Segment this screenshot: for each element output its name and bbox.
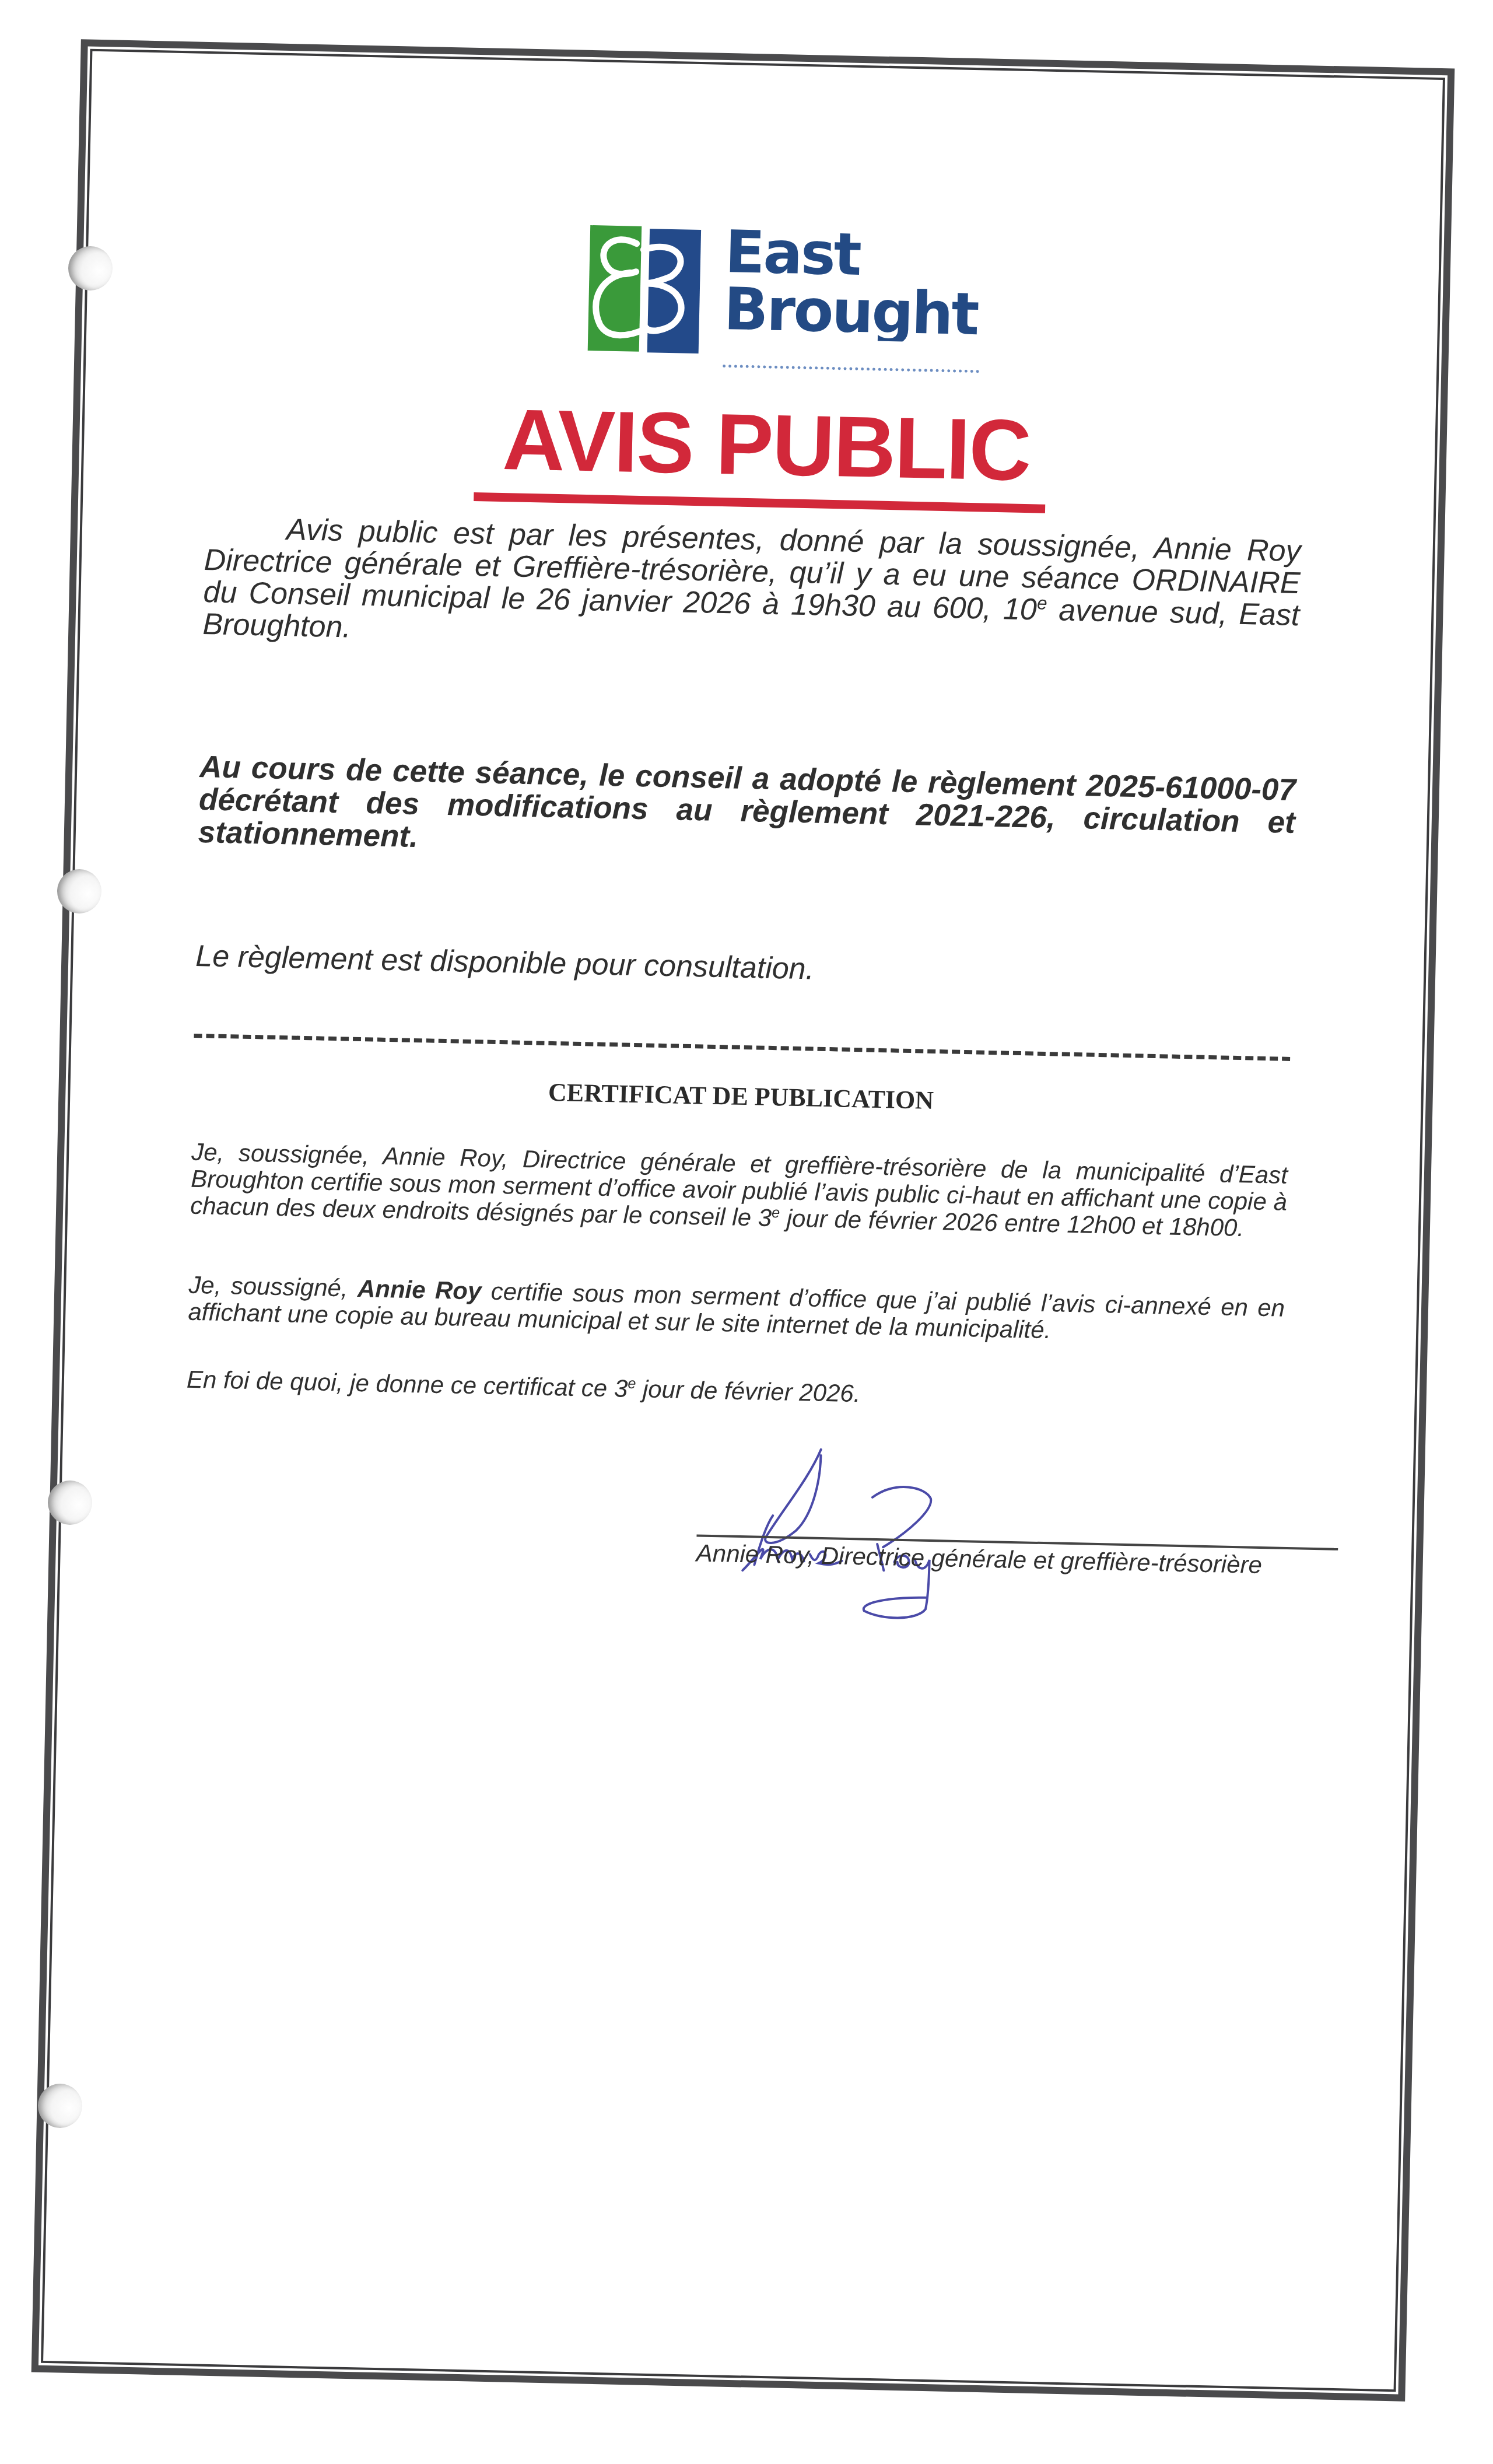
scanned-page: East Brought AVIS PUBLIC Avis public est… <box>31 39 1455 2401</box>
signatory-name: Annie Roy <box>357 1275 481 1305</box>
eb-monogram-logo-icon <box>588 225 702 353</box>
hole-punch-1 <box>68 246 113 290</box>
logo-line-2: Brought <box>723 281 987 344</box>
hole-punch-4 <box>38 2084 82 2128</box>
municipality-logo: East Brought <box>587 225 998 380</box>
page-title: AVIS PUBLIC <box>474 395 1059 495</box>
logo-line-1: East <box>724 223 988 286</box>
logo-tagline-cutoff <box>723 359 979 373</box>
notice-paragraph-1: Avis public est par les présentes, donné… <box>202 512 1301 664</box>
hole-punch-3 <box>48 1480 92 1525</box>
hole-punch-2 <box>57 869 101 914</box>
logo-wordmark: East Brought <box>723 223 988 344</box>
